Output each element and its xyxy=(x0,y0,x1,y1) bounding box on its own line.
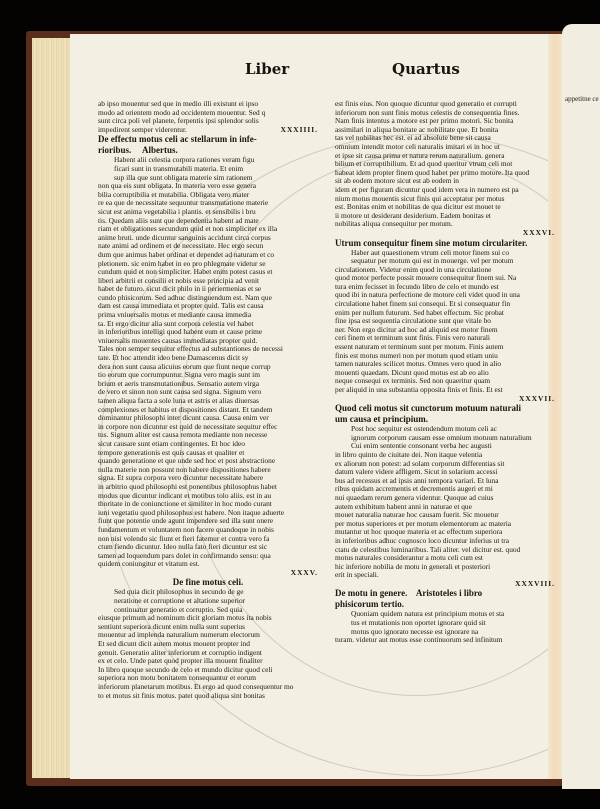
text-line: modo ad orientem modo ad occidentem moue… xyxy=(98,109,318,118)
text-line: quod motor perfecte possit mouere conseq… xyxy=(335,274,555,283)
text-line: vniuersalis mouentes causas immediatas p… xyxy=(98,337,318,346)
text-line: Habent alii celestia corpora rationes ve… xyxy=(98,156,318,165)
text-line: sit ab eodem motore sicut est ab eodem i… xyxy=(335,177,555,186)
text-line: fiunt que potentie unde agunt impendere … xyxy=(98,517,318,526)
text-line: assimilari in aliqua bonitate ac nobilit… xyxy=(335,126,555,135)
text-line: signa. Et supra corpora vero dicuntur ne… xyxy=(98,474,318,483)
text-line: tus. Signum aliter est causa remota medi… xyxy=(98,431,318,440)
text-line: complexiones et habitus et dispositiones… xyxy=(98,406,318,415)
text-line: essent naturam et terminum sunt per motu… xyxy=(335,343,555,352)
text-line: cundum quid et non simpliciter. Habet en… xyxy=(98,268,318,277)
text-line: Haber aut quaestionem vtrum celi motor f… xyxy=(335,249,555,258)
text-line: datum valere videre affligem. Sicut in s… xyxy=(335,468,555,477)
text-line: bilia corruptibilia et mutabilia. Obliga… xyxy=(98,191,318,200)
text-line: in inferioribus adhuc cognosco loco dicu… xyxy=(335,537,555,546)
running-head-right: Quartus xyxy=(392,60,460,78)
text-line: turam. videtur aut motus esse continuoru… xyxy=(335,636,555,645)
text-line: cundo phisicorum. Sed adhuc distinguendu… xyxy=(98,294,318,303)
text-line: mouet naturalia naturae hoc causam fueri… xyxy=(335,511,555,520)
text-line: anime bruti. unde dicuntur sanguinis acc… xyxy=(98,234,318,243)
text-line: quod ibi in natura perfectione de motore… xyxy=(335,291,555,300)
text-line: genuit. Generatio aliter inferiorum et c… xyxy=(98,649,318,658)
chapter-body: est finis eius. Non quoque dicuntur quod… xyxy=(335,100,555,229)
facing-page xyxy=(562,24,600,789)
text-line: bilium et corruptibilium. Et ad quod que… xyxy=(335,160,555,169)
chapter-heading: Quod celi motus sit cunctorum motuum nat… xyxy=(335,403,555,414)
chapter-number: XXXVIII. xyxy=(335,580,555,589)
text-line: dam est causa immediata et propter quid.… xyxy=(98,302,318,311)
text-line: ta. Et ergo dicitur alia sunt corpora ce… xyxy=(98,320,318,329)
text-line: enim per nullum futurum. Sed habet effec… xyxy=(335,309,555,318)
text-line: tate. Et hoc attendit ideo bene Damascen… xyxy=(98,354,318,363)
text-line: Tales non semper sequitur effectus ad su… xyxy=(98,345,318,354)
text-line: fine ipsa est sequentia circulatione sun… xyxy=(335,317,555,326)
text-line: Sed quia dicit philosophus in secundo de… xyxy=(98,588,318,597)
text-line: sicut est anima vegetabilia i plantis. e… xyxy=(98,208,318,217)
text-line: pletionem. sic enim habet in eo pro phle… xyxy=(98,260,318,269)
text-line: omnium intendit motor celi naturalis imi… xyxy=(335,143,555,152)
text-line: non qua eis sunt obligata. In materia ve… xyxy=(98,182,318,191)
text-line: in arbitrio quod philosophi est ponentib… xyxy=(98,483,318,492)
text-line: dera non sunt causa alicuius eorum que f… xyxy=(98,363,318,372)
text-line: mouenti quaedam. Dicunt quod motus est a… xyxy=(335,369,555,378)
text-line: in inferioribus intelligi quod habent eu… xyxy=(98,328,318,337)
text-line: ceri finem et terminum sunt finis. Finis… xyxy=(335,334,555,343)
text-line: ribus quidam accrementis et decrementis … xyxy=(335,485,555,494)
text-line: nulla materie non possunt non habere dis… xyxy=(98,466,318,475)
text-line: circulatione habet finem sui consequi. E… xyxy=(335,300,555,309)
text-line: ii motore ut desiderant desiderium. Eade… xyxy=(335,212,555,221)
text-line: nium motus mouentis sicut finis qui acce… xyxy=(335,195,555,204)
chapter-heading: um causa et principium. xyxy=(335,414,555,425)
chapter-heading: De effectu motus celi ac stellarum in in… xyxy=(98,134,318,145)
text-line: sicut causare sunt etiam contingentes. E… xyxy=(98,440,318,449)
chapter-number: XXXVI. xyxy=(335,229,555,238)
text-line: mutantur ut hoc quoque materia et ac eff… xyxy=(335,528,555,537)
text-line: bus ad recessus et ad ipsis anni tempora… xyxy=(335,477,555,486)
text-line: inferiorum planetarum motibus. Et ergo a… xyxy=(98,683,318,692)
text-line: motus quo ignorato necesse est ignorare … xyxy=(335,628,555,637)
text-line: tamen ad loquendum pars dolet in confirm… xyxy=(98,552,318,561)
text-line: neque consequi ex terminis. Sed non quae… xyxy=(335,377,555,386)
text-line: brium et aeris transmutationibus. Sensat… xyxy=(98,380,318,389)
text-line: liberi arbitrii et consilii et nobis ess… xyxy=(98,277,318,286)
text-line: per motus superiores et per motum elemen… xyxy=(335,520,555,529)
text-line: prima vniuersalis motus et mediante caus… xyxy=(98,311,318,320)
text-line: in libro quinto de ciuitate dei. Non ita… xyxy=(335,451,555,460)
chapter-number: XXXV. xyxy=(98,569,318,578)
text-line: tamen naturales scilicet motus. Omnes ve… xyxy=(335,360,555,369)
text-line: thoritate in de coniunctione et similite… xyxy=(98,500,318,509)
text-line: riam et obligationes secundum quid et no… xyxy=(98,225,318,234)
text-line: ner. Non ergo dicitur ad hoc ad aliquid … xyxy=(335,326,555,335)
text-line: inferiorum non sunt finis motus celestis… xyxy=(335,109,555,118)
text-line: nobilitas aliqua consequitur per motum. xyxy=(335,220,555,229)
text-line: tura enim fecisset in fecundo libro de c… xyxy=(335,283,555,292)
text-line: Nam finis intentus a motore est per prim… xyxy=(335,117,555,126)
text-line: Post hoc sequitur est ostendendum motum … xyxy=(335,425,555,434)
text-line: circulationem. Videtur enim quod in una … xyxy=(335,266,555,275)
text-line: neratione et corruptione et altatione su… xyxy=(98,597,318,606)
chapter-body: Habent alii celestia corpora rationes ve… xyxy=(98,156,318,569)
text-line: fundamentum et voluntatem non facere qua… xyxy=(98,526,318,535)
text-line: Et sed dicunt dicit autem motus mouent p… xyxy=(98,640,318,649)
chapter-body: Quoniam quidem natura est principium mot… xyxy=(335,610,555,644)
chapter-heading: De fine motus celi. xyxy=(98,577,318,588)
text-line: sentiunt superiora dicunt enim nulla sun… xyxy=(98,623,318,632)
text-line: tio eorum que corrumpuntur. Signa vero m… xyxy=(98,371,318,380)
text-line: mouentur ad implenda naturalium numerum … xyxy=(98,631,318,640)
text-line: to et motus sit finis motus. patet quod … xyxy=(98,692,318,701)
text-line: habeat idem propter finem quod habet per… xyxy=(335,169,555,178)
text-line: ctum fiendo dicuntur. Ideo nulla fato fi… xyxy=(98,543,318,552)
text-line: tus et mutationis non oportet ignorare q… xyxy=(335,619,555,628)
text-line: tis. Quedam aliis sunt que dependentia h… xyxy=(98,217,318,226)
text-line: et ipse sit causa prima et natura rerum … xyxy=(335,152,555,161)
text-line: eiusque primum ad nominum dicit gloriam … xyxy=(98,614,318,623)
text-line: appetit xyxy=(565,95,584,103)
text-line: tas vel nobilitas hec est. ei ad absolut… xyxy=(335,134,555,143)
text-line: modus que dicuntur indicant et motibus t… xyxy=(98,492,318,501)
text-line: idem et per figuram dicuntur quod idem v… xyxy=(335,186,555,195)
text-line: ficari sunt in transmutabili materia. Et… xyxy=(98,165,318,174)
text-line: habet de futuro. sicut dicit philo in ii… xyxy=(98,285,318,294)
text-line: ne celi xyxy=(584,95,599,103)
text-line: superiora non motu bonitatem consequantu… xyxy=(98,674,318,683)
text-line: continuatur generatio et corruptio. Sed … xyxy=(98,606,318,615)
text-line: quidem coniungitur et vitatum est. xyxy=(98,560,318,569)
text-line: nate animi ad ordinem et de necessitate.… xyxy=(98,242,318,251)
page-block-edge xyxy=(32,38,72,778)
text-line: ignorum corporum causam esse omnium motu… xyxy=(335,434,555,443)
text-line: dominantur philosophi inter dicunt causa… xyxy=(98,414,318,423)
text-line: in corpore non dicuntur est quid de nece… xyxy=(98,423,318,432)
text-line: tamen aliqua facta a sole luna et astris… xyxy=(98,397,318,406)
text-line: iuni vegetatiu quod philosophus est habe… xyxy=(98,509,318,518)
text-line: Cui enim sententie consonant verba hec a… xyxy=(335,442,555,451)
text-line: ex et celo. Unde patet quod propter illa… xyxy=(98,657,318,666)
text-line: dum que animus habet ordinat et dependet… xyxy=(98,251,318,260)
text-line: hic inferiore nobilia de motu in general… xyxy=(335,563,555,572)
text-line: In libro quoque secundo de celo et mundo… xyxy=(98,666,318,675)
text-line: autem exhibitum habent anni in naturae e… xyxy=(335,503,555,512)
text-line: sequatur per motum qui est in mouerge. v… xyxy=(335,257,555,266)
text-line: sup illa que sunt obligata materie sim r… xyxy=(98,174,318,183)
text-line: nui quaedam rerum genera videntur. Quoqu… xyxy=(335,494,555,503)
chapter-heading: De motu in genere. Aristoteles i libro xyxy=(335,588,555,599)
text-line: est finis eius. Non quoque dicuntur quod… xyxy=(335,100,555,109)
running-head-left: Liber xyxy=(245,60,289,78)
text-line: ex aliorum non potest: ad solam corporum… xyxy=(335,460,555,469)
text-line: motus naturales considerantur a motu cel… xyxy=(335,554,555,563)
chapter-heading: rioribus. Albertus. xyxy=(98,145,318,156)
chapter-body: Post hoc sequitur est ostendendum motum … xyxy=(335,425,555,580)
chapter-heading: Utrum consequitur finem sine motum circu… xyxy=(335,238,555,249)
chapter-heading: phisicorum tertio. xyxy=(335,599,555,610)
chapter-body: Sed quia dicit philosophus in secundo de… xyxy=(98,588,318,700)
text-line: de vero et sinon non sunt causa sed sign… xyxy=(98,388,318,397)
facing-page-text: appetitne celiet alienhoc isteconsiliohe… xyxy=(565,95,599,103)
text-line: non nisi volendo sic fiunt et fieri fate… xyxy=(98,535,318,544)
text-line: ctatu de celestibus luminaribus. Tali al… xyxy=(335,546,555,555)
text-line: Quoniam quidem natura est principium mot… xyxy=(335,610,555,619)
text-line: est. Bonitas enim et nobilitas de qua di… xyxy=(335,203,555,212)
left-text-column: ab ipso mouentur sed que in medio illi e… xyxy=(98,100,318,700)
chapter-body: Haber aut quaestionem vtrum celi motor f… xyxy=(335,249,555,395)
chapter-number: XXXVII. xyxy=(335,395,555,404)
text-line: tempore generationis est quis causas et … xyxy=(98,449,318,458)
text-line: re ea que de necessitate sequuntur trans… xyxy=(98,199,318,208)
right-text-column: est finis eius. Non quoque dicuntur quod… xyxy=(335,100,555,645)
text-line: finis est motus numeri non per motum quo… xyxy=(335,352,555,361)
text-line: quando generatione et que unde sed hoc e… xyxy=(98,457,318,466)
text-line: ab ipso mouentur sed que in medio illi e… xyxy=(98,100,318,109)
